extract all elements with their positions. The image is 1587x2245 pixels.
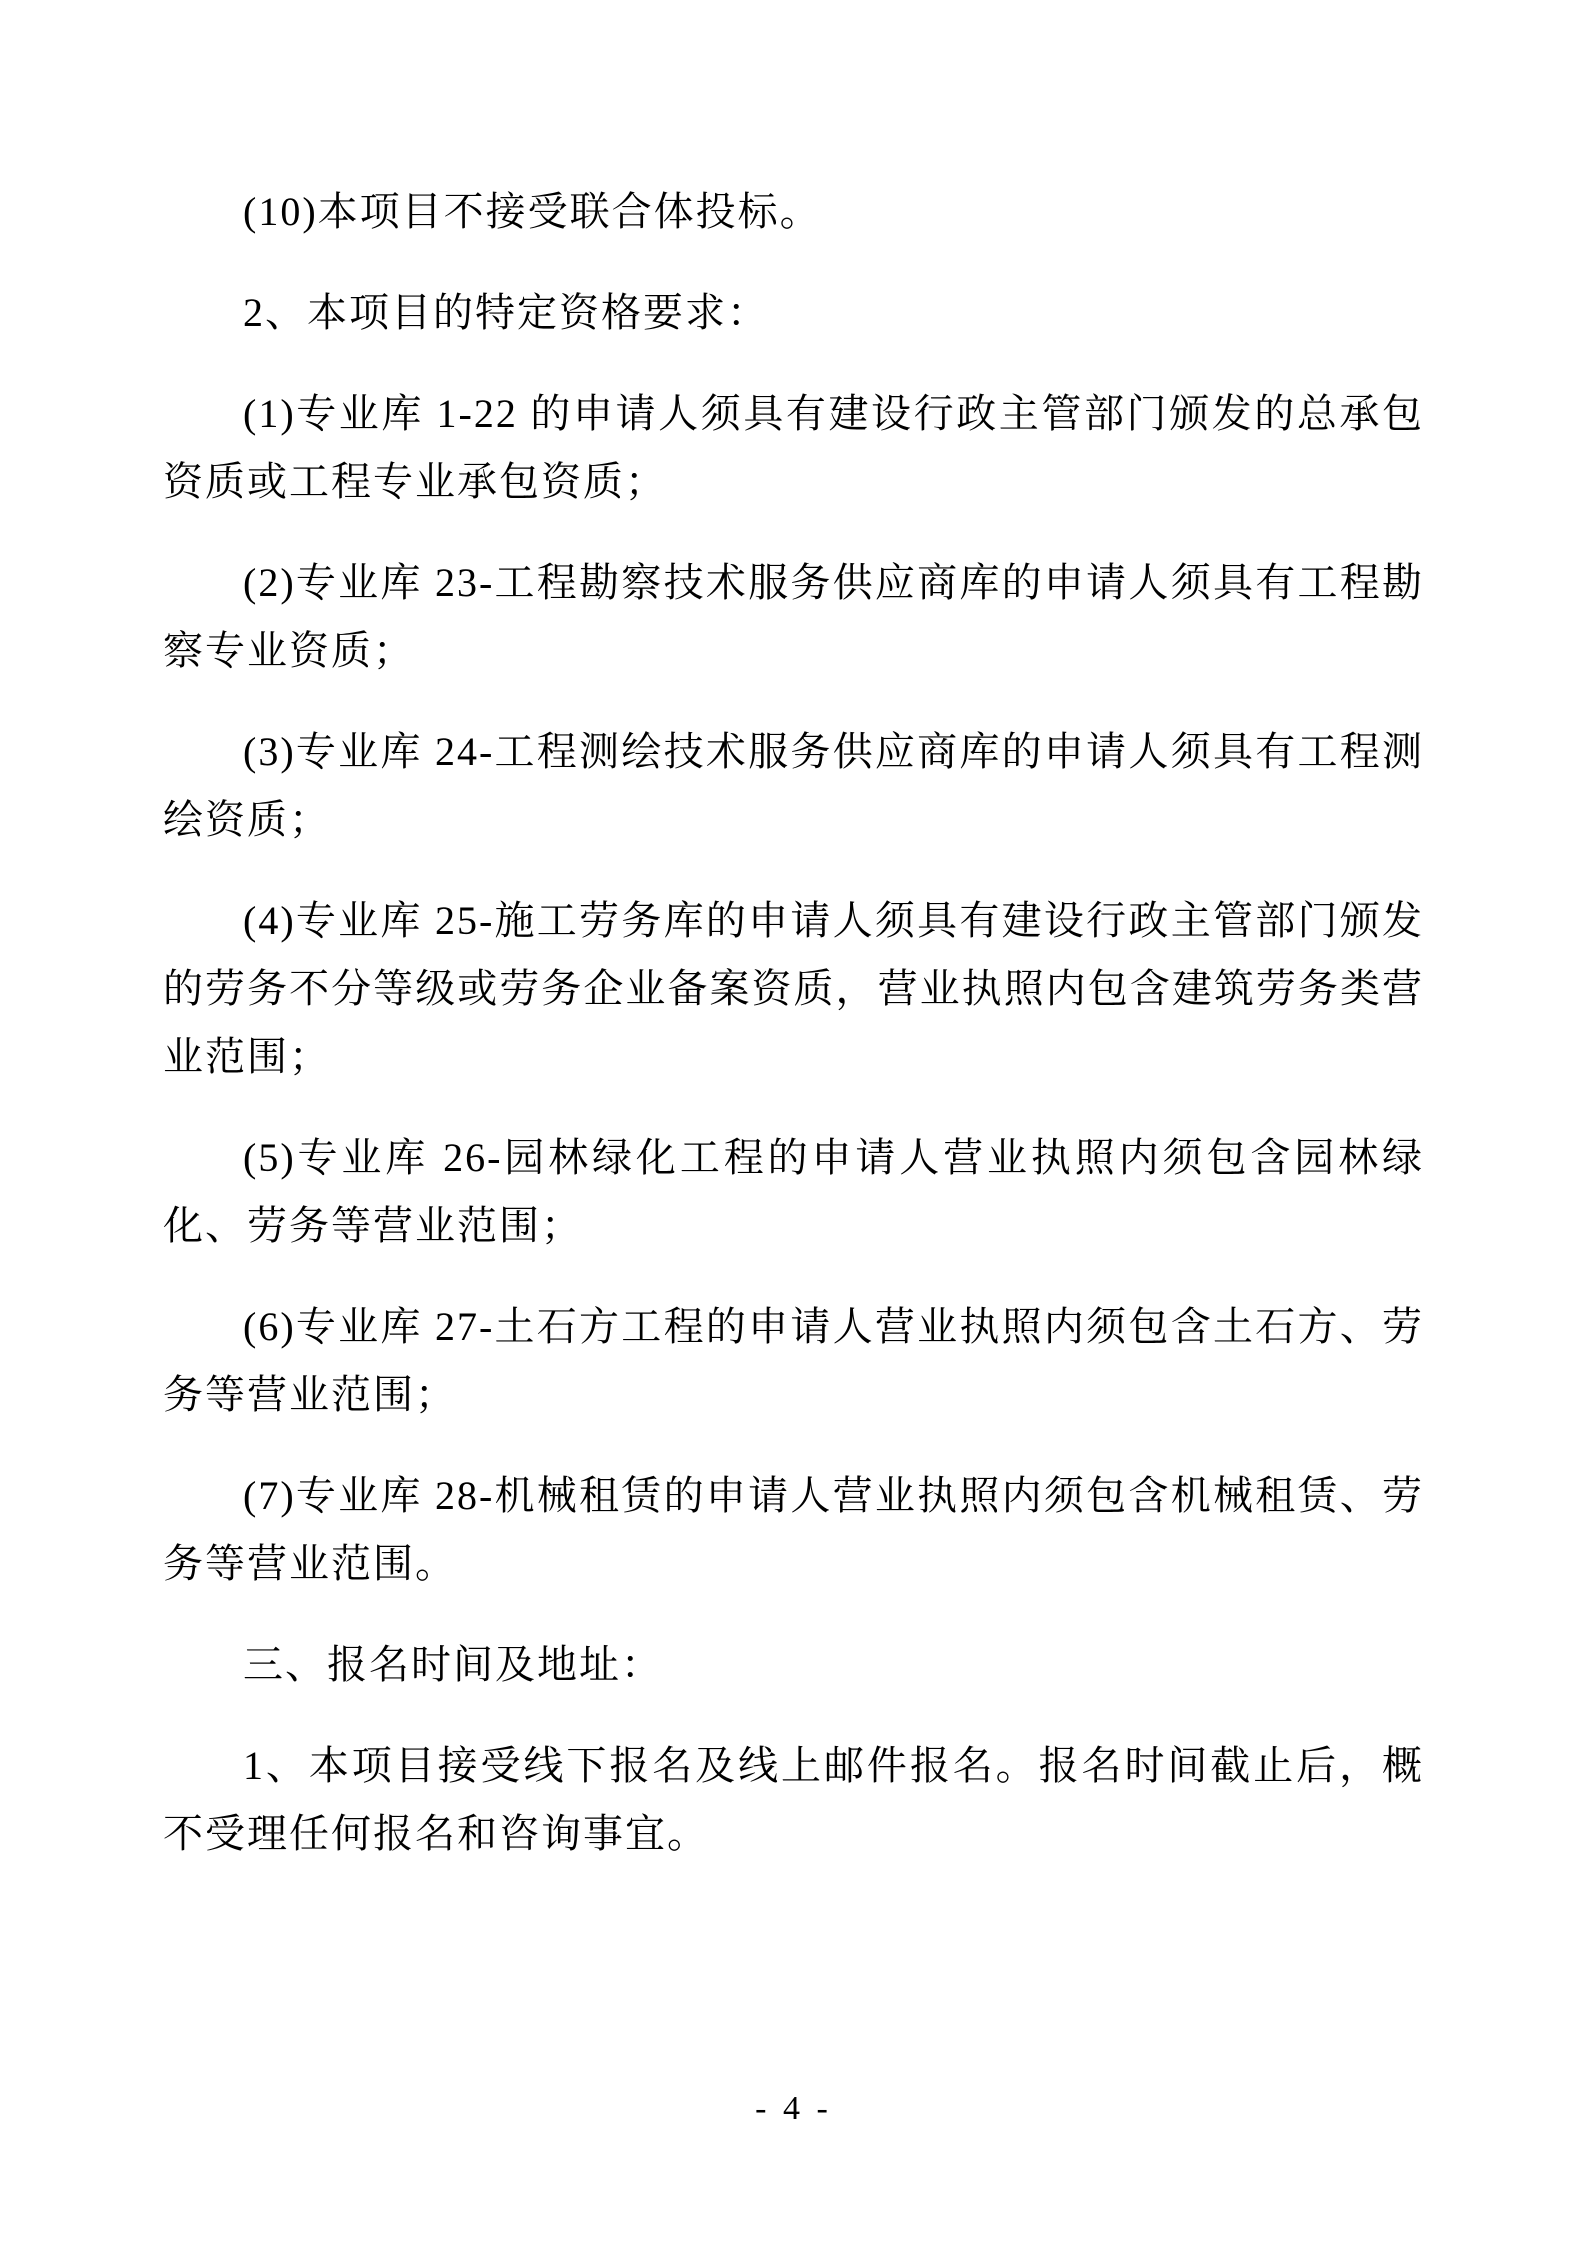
paragraph-item-1: (1)专业库 1-22 的申请人须具有建设行政主管部门颁发的总承包资质或工程专业…	[163, 380, 1424, 516]
paragraph-item-3: (3)专业库 24-工程测绘技术服务供应商库的申请人须具有工程测绘资质；	[163, 718, 1424, 854]
page-number: - 4 -	[755, 2090, 832, 2127]
paragraph-item-2: (2)专业库 23-工程勘察技术服务供应商库的申请人须具有工程勘察专业资质；	[163, 549, 1424, 685]
paragraph-item-4: (4)专业库 25-施工劳务库的申请人须具有建设行政主管部门颁发的劳务不分等级或…	[163, 887, 1424, 1091]
paragraph-item-7: (7)专业库 28-机械租赁的申请人营业执照内须包含机械租赁、劳务等营业范围。	[163, 1462, 1424, 1598]
paragraph-section-2-heading: 2、本项目的特定资格要求：	[163, 279, 1424, 347]
paragraph-section-3-heading: 三、报名时间及地址：	[163, 1631, 1424, 1699]
paragraph-item-6: (6)专业库 27-土石方工程的申请人营业执照内须包含土石方、劳务等营业范围；	[163, 1293, 1424, 1429]
document-page: (10)本项目不接受联合体投标。 2、本项目的特定资格要求： (1)专业库 1-…	[0, 0, 1587, 2245]
paragraph-item-5: (5)专业库 26-园林绿化工程的申请人营业执照内须包含园林绿化、劳务等营业范围…	[163, 1124, 1424, 1260]
document-body: (10)本项目不接受联合体投标。 2、本项目的特定资格要求： (1)专业库 1-…	[163, 178, 1424, 1901]
paragraph-section-3-item-1: 1、本项目接受线下报名及线上邮件报名。报名时间截止后，概不受理任何报名和咨询事宜…	[163, 1732, 1424, 1868]
page-footer: - 4 -	[0, 2090, 1587, 2128]
paragraph-item-10: (10)本项目不接受联合体投标。	[163, 178, 1424, 246]
